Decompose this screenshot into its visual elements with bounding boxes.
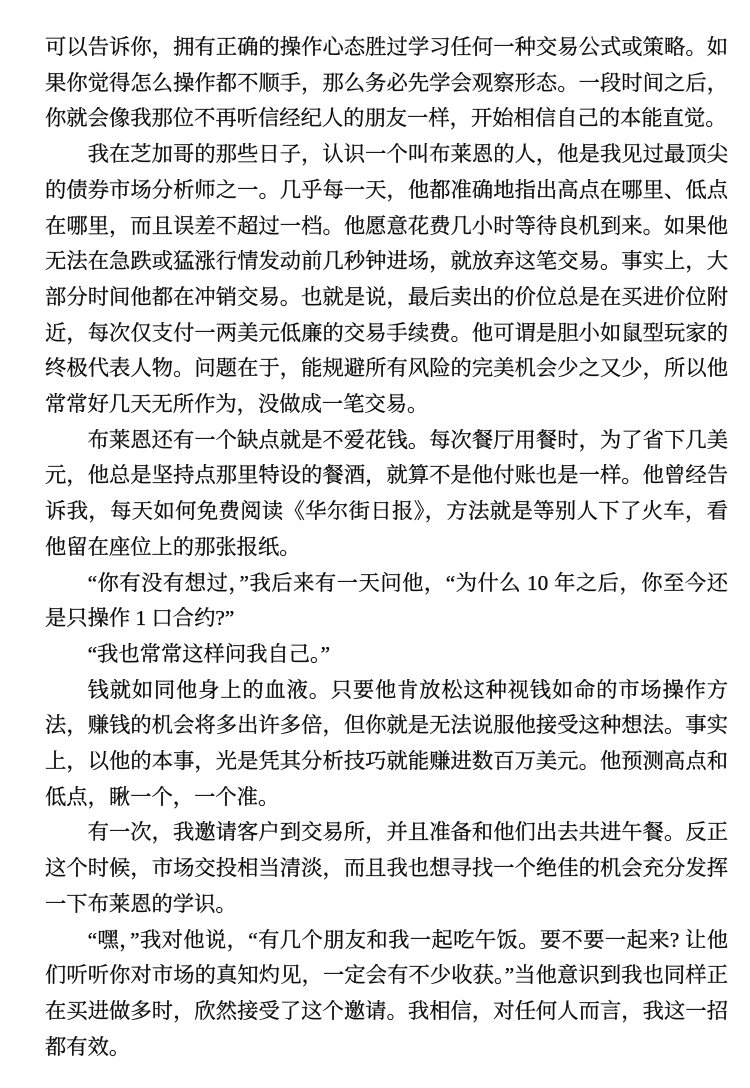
paragraph: “我也常常这样问我自己。” (45, 637, 728, 673)
paragraph: 有一次，我邀请客户到交易所，并且准备和他们出去共进午餐。反正这个时候，市场交投相… (45, 815, 728, 922)
paragraph: “你有没有想过，”我后来有一天问他，“为什么 10 年之后，你至今还是只操作 1… (45, 566, 728, 637)
paragraph: 布莱恩还有一个缺点就是不爱花钱。每次餐厅用餐时，为了省下几美元，他总是坚持点那里… (45, 423, 728, 566)
paragraph: 钱就如同他身上的血液。只要他肯放松这种视钱如命的市场操作方法，赚钱的机会将多出许… (45, 673, 728, 816)
paragraph: “嘿，”我对他说，“有几个朋友和我一起吃午饭。要不要一起来? 让他们听听你对市场… (45, 923, 728, 1066)
book-page: 可以告诉你，拥有正确的操作心态胜过学习任何一种交易公式或策略。如果你觉得怎么操作… (0, 0, 750, 1088)
body-text: 可以告诉你，拥有正确的操作心态胜过学习任何一种交易公式或策略。如果你觉得怎么操作… (45, 30, 728, 1065)
paragraph: 我在芝加哥的那些日子，认识一个叫布莱恩的人，他是我见过最顶尖的债券市场分析师之一… (45, 137, 728, 423)
paragraph: 可以告诉你，拥有正确的操作心态胜过学习任何一种交易公式或策略。如果你觉得怎么操作… (45, 30, 728, 137)
